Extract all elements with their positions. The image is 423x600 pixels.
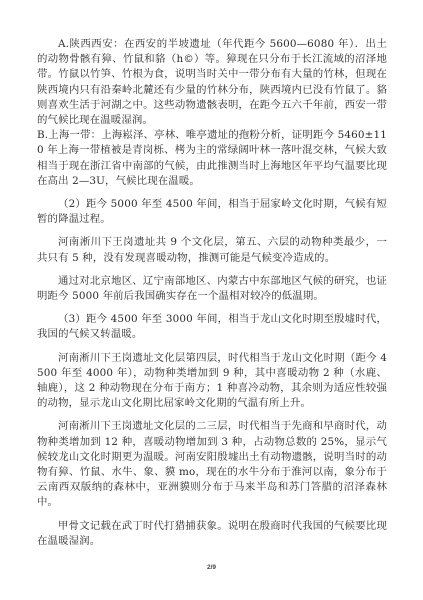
section-heading-3: （3）距今 4500 年至 3000 年间，相当于龙山文化时期至殷墟时代，我国的… — [37, 312, 387, 342]
paragraph-shanghai: B.上海一带：上海崧泽、亭林、唯亭遗址的孢粉分析，证明距今 5460±110 年… — [37, 128, 387, 189]
paragraph-xiawanggang-cold: 河南淅川下王岗遗址共 9 个文化层，第五、六层的动物种类最少，一共只有 5 种，… — [37, 235, 387, 265]
page-number: 2/9 — [0, 564, 423, 571]
document-body: A.陕西西安：在西安的半坡遗址（年代距今 5600—6080 年）．出土的动物骨… — [37, 37, 387, 549]
paragraph-xiawanggang-layer23: 河南淅川下王岗遗址文化层的二三层，时代相当于先商和早商时代，动物种类增加到 12… — [37, 419, 387, 510]
paragraph-xiawanggang-layer4: 河南淅川下王岗遗址文化层第四层，时代相当于龙山文化时期（距今 4500 年至 4… — [37, 351, 387, 412]
section-heading-2: （2）距今 5000 年至 4500 年间，相当于屈家岭文化时期，气候有短暂的降… — [37, 197, 387, 227]
paragraph-north-regions: 通过对北京地区、辽宁南部地区、内蒙古中东部地区气候的研究，也证明距今 5000 … — [37, 274, 387, 304]
paragraph-xian: A.陕西西安：在西安的半坡遗址（年代距今 5600—6080 年）．出土的动物骨… — [37, 37, 387, 128]
paragraph-oracle-bones: 甲骨文记载在武丁时代打猎捕获象。说明在殷商时代我国的气候要比现在温暖湿润。 — [37, 519, 387, 549]
